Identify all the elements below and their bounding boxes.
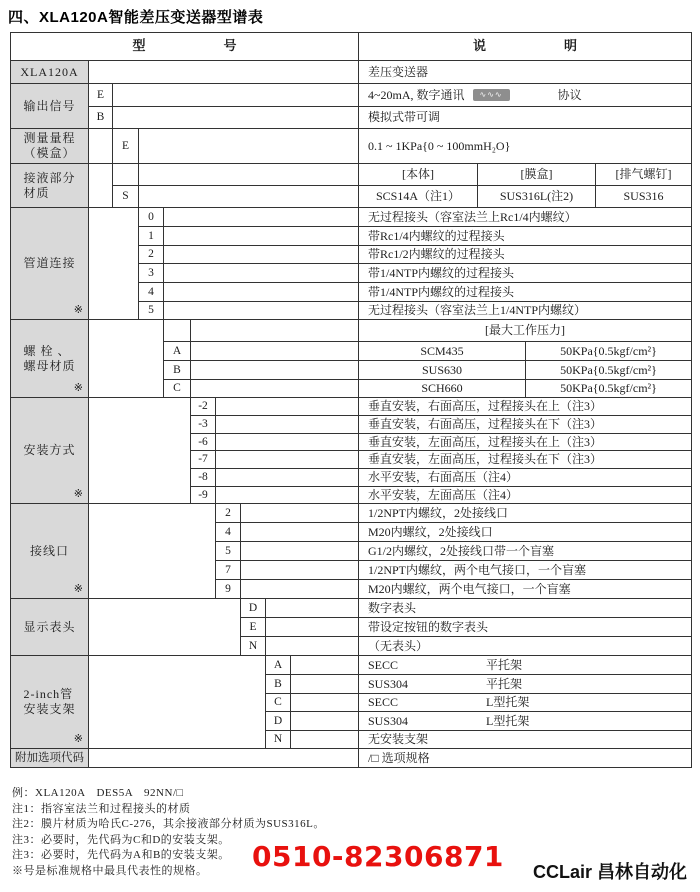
spacer-cell xyxy=(164,302,359,320)
desc-cell: M20内螺纹，2处接线口 xyxy=(359,523,691,542)
bracket-material: SECC xyxy=(368,695,486,710)
code-cell: 2 xyxy=(139,246,164,264)
code-cell: E xyxy=(89,84,113,107)
section-label-option-code: 附加选项代码 xyxy=(11,749,89,767)
bracket-material: SUS304 xyxy=(368,714,486,729)
section-label-text: 安装方式 xyxy=(23,443,75,458)
spacer-cell xyxy=(241,580,359,599)
desc-cell: （无表头） xyxy=(359,637,691,656)
spacer-cell xyxy=(89,320,164,398)
desc-cell: 带设定按钮的数字表头 xyxy=(359,618,691,637)
spacer-cell xyxy=(113,107,359,129)
code-cell: -3 xyxy=(191,416,216,434)
section-label-indicator: 显示表头 xyxy=(11,599,89,656)
desc-cell: SECC平托架 xyxy=(359,656,691,675)
desc-text: 4~20mA, 数字通讯 xyxy=(368,88,465,103)
code-cell: B xyxy=(266,675,291,694)
section-label-text: 2-inch管 安装支架 xyxy=(23,687,75,717)
spacer-cell xyxy=(266,618,359,637)
spacer-cell xyxy=(139,129,359,164)
protocol-badge-icon: ∿∿∿ xyxy=(473,89,510,101)
wetted-header-body: [本体] xyxy=(359,164,478,186)
code-cell xyxy=(113,164,139,186)
code-cell: A xyxy=(164,342,191,361)
note-line: 注1：指容室法兰和过程接头的材质 xyxy=(12,802,325,818)
section-label-wetted-parts: 接液部分 材质 xyxy=(11,164,89,208)
spacer-cell xyxy=(216,451,359,469)
desc-cell: 垂直安装，左面高压，过程接头在上（注3） xyxy=(359,434,691,451)
spacer-cell xyxy=(164,283,359,302)
phone-number: 0510-82306871 xyxy=(252,840,504,873)
desc-cell: M20内螺纹，两个电气接口，一个盲塞 xyxy=(359,580,691,599)
desc-cell: /□ 选项规格 xyxy=(359,749,691,767)
section-label-text: 螺 栓 、 螺母材质 xyxy=(23,344,75,374)
bolt-pressure: 50KPa{0.5kgf/cm²} xyxy=(526,380,691,398)
spacer-cell xyxy=(216,469,359,487)
code-cell: 5 xyxy=(139,302,164,320)
wetted-value-capsule: SUS316L(注2) xyxy=(478,186,596,208)
spacer-cell xyxy=(241,561,359,580)
desc-cell: 1/2NPT内螺纹，2处接线口 xyxy=(359,504,691,523)
code-cell: S xyxy=(113,186,139,208)
bolt-material: SCM435 xyxy=(359,342,526,361)
code-cell: 1 xyxy=(139,227,164,246)
code-cell: 4 xyxy=(139,283,164,302)
star-mark: ※ xyxy=(74,733,83,747)
star-mark: ※ xyxy=(74,304,83,318)
spacer-cell xyxy=(291,731,359,749)
section-label-conduit: 接线口※ xyxy=(11,504,89,599)
section-label-text: 管道连接 xyxy=(23,256,75,271)
spacer-cell xyxy=(89,398,191,504)
code-cell: 7 xyxy=(216,561,241,580)
code-cell: N xyxy=(266,731,291,749)
star-mark: ※ xyxy=(74,488,83,502)
spacer-cell xyxy=(89,208,139,320)
code-cell: B xyxy=(164,361,191,380)
spacer-cell xyxy=(291,656,359,675)
star-mark: ※ xyxy=(74,382,83,396)
desc-cell: 水平安装，左面高压（注4） xyxy=(359,487,691,504)
code-cell: 4 xyxy=(216,523,241,542)
section-label-model: XLA120A xyxy=(11,61,89,84)
note-line: 注2：膜片材质为哈氏C-276，其余接液部分材质为SUS316L。 xyxy=(12,817,325,833)
desc-cell: 差压变送器 xyxy=(359,61,691,84)
spacer-cell xyxy=(89,164,113,208)
spacer-cell xyxy=(139,186,359,208)
code-cell: 2 xyxy=(216,504,241,523)
code-cell: D xyxy=(266,712,291,731)
page-title: 四、XLA120A智能差压变送器型谱表 xyxy=(8,6,263,27)
bolt-material: SUS630 xyxy=(359,361,526,380)
bracket-material: SUS304 xyxy=(368,677,486,692)
spacer-cell xyxy=(291,675,359,694)
desc-cell: SUS304L型托架 xyxy=(359,712,691,731)
wetted-value-body: SCS14A（注1） xyxy=(359,186,478,208)
spacer-cell xyxy=(113,84,359,107)
max-working-pressure-header: [最大工作压力] xyxy=(359,320,691,342)
spacer-cell xyxy=(89,656,266,749)
desc-cell: 数字表头 xyxy=(359,599,691,618)
desc-cell: 无过程接头（容室法兰上Rc1/4内螺纹） xyxy=(359,208,691,227)
code-cell: -7 xyxy=(191,451,216,469)
spacer-cell xyxy=(291,694,359,712)
desc-cell: 无过程接头（容室法兰上1/4NTP内螺纹） xyxy=(359,302,691,320)
code-cell: -8 xyxy=(191,469,216,487)
spacer-cell xyxy=(164,227,359,246)
bracket-type: L型托架 xyxy=(486,714,529,729)
spacer-cell xyxy=(164,264,359,283)
desc-cell: 无安装支架 xyxy=(359,731,691,749)
section-label-measuring-range: 测量量程 （模盒） xyxy=(11,129,89,164)
code-cell: D xyxy=(241,599,266,618)
code-cell: -9 xyxy=(191,487,216,504)
spacer-cell xyxy=(89,129,113,164)
spacer-cell xyxy=(241,523,359,542)
desc-cell: 垂直安装，右面高压，过程接头在下（注3） xyxy=(359,416,691,434)
section-label-output-signal: 输出信号 xyxy=(11,84,89,129)
bolt-pressure: 50KPa{0.5kgf/cm²} xyxy=(526,342,691,361)
spacer-cell xyxy=(191,380,359,398)
desc-cell: 带Rc1/4内螺纹的过程接头 xyxy=(359,227,691,246)
desc-cell: SECCL型托架 xyxy=(359,694,691,712)
spacer-cell xyxy=(216,434,359,451)
section-label-mounting-bracket: 2-inch管 安装支架※ xyxy=(11,656,89,749)
spacer-cell xyxy=(89,504,216,599)
brand-logo: CCLair 昌林自动化 xyxy=(533,858,687,884)
spacer-cell xyxy=(216,487,359,504)
spacer-cell xyxy=(191,342,359,361)
spacer-cell xyxy=(291,712,359,731)
model-code-table: 型 号 说 明 XLA120A 差压变送器 输出信号 E 4~20mA, 数字通… xyxy=(10,32,692,768)
spacer-cell xyxy=(164,208,359,227)
spacer-cell xyxy=(191,361,359,380)
wetted-value-vent: SUS316 xyxy=(596,186,691,208)
desc-cell: 垂直安装，左面高压，过程接头在下（注3） xyxy=(359,451,691,469)
code-cell: 9 xyxy=(216,580,241,599)
bracket-type: 平托架 xyxy=(486,658,522,673)
desc-cell: 1/2NPT内螺纹，两个电气接口，一个盲塞 xyxy=(359,561,691,580)
code-cell: C xyxy=(164,380,191,398)
desc-cell: 带Rc1/2内螺纹的过程接头 xyxy=(359,246,691,264)
section-label-bolt-nut-material: 螺 栓 、 螺母材质※ xyxy=(11,320,89,398)
spacer-cell xyxy=(241,542,359,561)
spacer-cell xyxy=(216,398,359,416)
bracket-material: 无安装支架 xyxy=(368,732,486,747)
spacer-cell xyxy=(266,637,359,656)
desc-cell: 模拟式带可调 xyxy=(359,107,691,129)
desc-cell: 带1/4NTP内螺纹的过程接头 xyxy=(359,264,691,283)
example-line: 例：XLA120A DES5A 92NN/□ xyxy=(12,786,325,802)
bolt-pressure: 50KPa{0.5kgf/cm²} xyxy=(526,361,691,380)
spacer-cell xyxy=(241,504,359,523)
desc-cell: 带1/4NTP内螺纹的过程接头 xyxy=(359,283,691,302)
desc-cell: 垂直安装，右面高压，过程接头在上（注3） xyxy=(359,398,691,416)
code-cell: 5 xyxy=(216,542,241,561)
bracket-material: SECC xyxy=(368,658,486,673)
spacer-cell xyxy=(216,416,359,434)
section-label-text: 接线口 xyxy=(30,544,69,559)
code-cell: E xyxy=(241,618,266,637)
spacer-cell xyxy=(164,246,359,264)
code-cell: -6 xyxy=(191,434,216,451)
desc-text: 协议 xyxy=(558,88,582,103)
wetted-header-vent: [排气螺钉] xyxy=(596,164,691,186)
star-mark: ※ xyxy=(74,583,83,597)
desc-cell: SUS304平托架 xyxy=(359,675,691,694)
spacer-cell xyxy=(89,749,359,767)
code-cell: 3 xyxy=(139,264,164,283)
code-cell: -2 xyxy=(191,398,216,416)
spacer-cell xyxy=(266,599,359,618)
code-cell xyxy=(164,320,191,342)
code-cell: B xyxy=(89,107,113,129)
bracket-type: L型托架 xyxy=(486,695,529,710)
desc-cell: 4~20mA, 数字通讯 ∿∿∿ 协议 xyxy=(359,84,691,107)
desc-cell: 水平安装，右面高压（注4） xyxy=(359,469,691,487)
code-cell: A xyxy=(266,656,291,675)
code-cell: 0 xyxy=(139,208,164,227)
section-label-mounting: 安装方式※ xyxy=(11,398,89,504)
spacer-cell xyxy=(139,164,359,186)
code-cell: C xyxy=(266,694,291,712)
spacer-cell xyxy=(89,599,241,656)
spacer-cell xyxy=(89,61,359,84)
spacer-cell xyxy=(191,320,359,342)
code-cell: N xyxy=(241,637,266,656)
code-cell: E xyxy=(113,129,139,164)
bolt-material: SCH660 xyxy=(359,380,526,398)
header-description: 说 明 xyxy=(359,33,691,61)
wetted-header-capsule: [膜盒] xyxy=(478,164,596,186)
desc-cell: 0.1 ~ 1KPa{0 ~ 100mmH₂O} xyxy=(359,129,691,164)
header-model: 型 号 xyxy=(11,33,359,61)
desc-cell: G1/2内螺纹，2处接线口带一个盲塞 xyxy=(359,542,691,561)
bracket-type: 平托架 xyxy=(486,677,522,692)
section-label-pipe-connection: 管道连接※ xyxy=(11,208,89,320)
